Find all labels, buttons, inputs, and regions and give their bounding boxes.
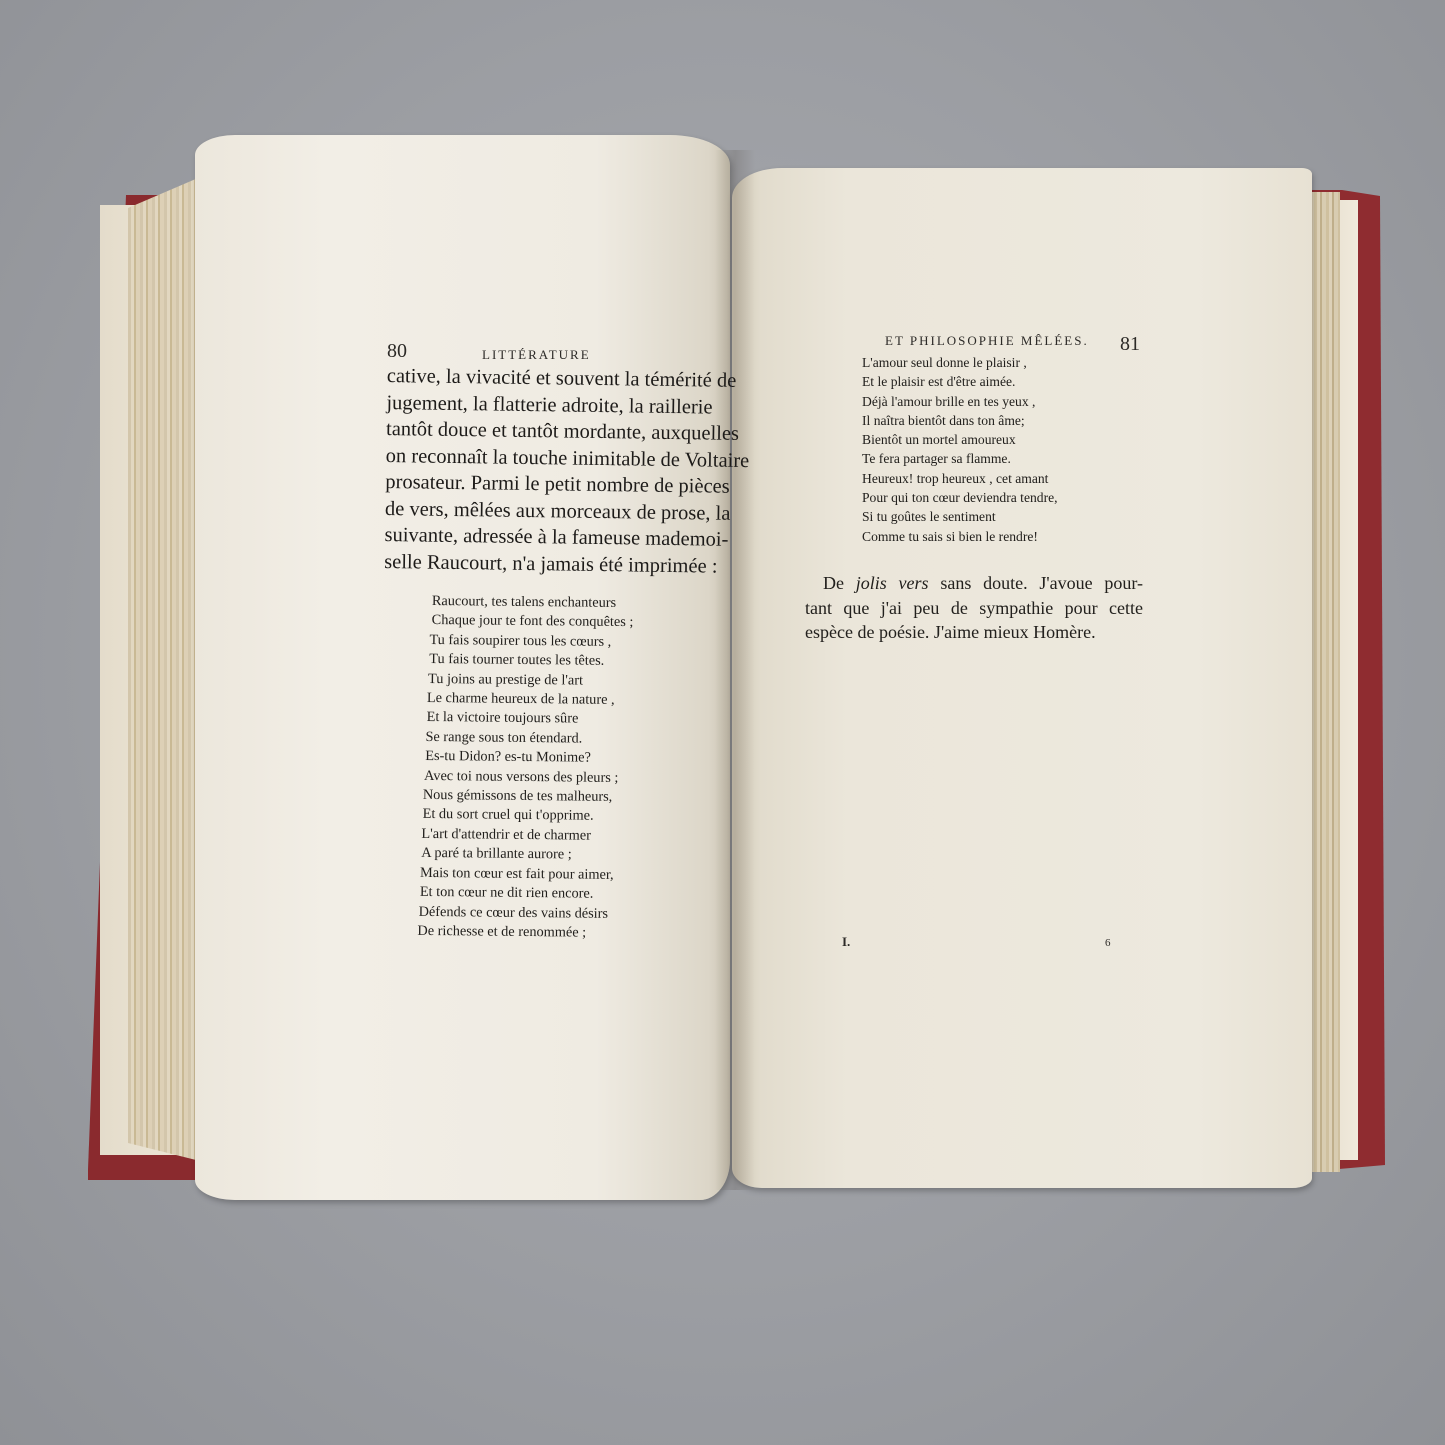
verse-line: Si tu goûtes le sentiment bbox=[862, 507, 1058, 526]
verse-line: Comme tu sais si bien le rendre! bbox=[862, 527, 1058, 546]
verse-line: Es-tu Didon? es-tu Monime? bbox=[425, 747, 632, 769]
left-prose: cative, la vivacité et souvent la téméri… bbox=[384, 363, 705, 579]
verse-line: Mais ton cœur est fait pour aimer, bbox=[420, 864, 631, 886]
prose-line: tant que j'ai peu de sympathie pour cett… bbox=[805, 596, 1143, 621]
verse-line: Avec toi nous versons des pleurs ; bbox=[424, 767, 632, 789]
signature-mark-gathering: 6 bbox=[1105, 937, 1111, 949]
verse-line: Tu fais soupirer tous les cœurs , bbox=[429, 631, 633, 653]
prose-line: espèce de poésie. J'aime mieux Homère. bbox=[805, 620, 1143, 645]
verse-line: Déjà l'amour brille en tes yeux , bbox=[862, 392, 1058, 411]
prose-line: De jolis vers sans doute. J'avoue pour- bbox=[805, 571, 1143, 596]
page-number-left: 80 bbox=[387, 340, 407, 363]
verse-line: L'amour seul donne le plaisir , bbox=[862, 353, 1058, 372]
verse-line: Te fera partager sa flamme. bbox=[862, 449, 1058, 468]
book-gutter bbox=[715, 150, 755, 1190]
verse-line: Il naîtra bientôt dans ton âme; bbox=[862, 411, 1058, 430]
right-prose: De jolis vers sans doute. J'avoue pour- … bbox=[805, 571, 1143, 645]
verse-line: A paré ta brillante aurore ; bbox=[421, 844, 631, 866]
prose-line: prosateur. Parmi le petit nombre de pièc… bbox=[385, 469, 703, 500]
verse-line: De richesse et de renommée ; bbox=[417, 922, 630, 944]
page-number-right: 81 bbox=[1120, 333, 1140, 356]
verse-line: Chaque jour te font des conquêtes ; bbox=[432, 611, 634, 633]
verse-line: Pour qui ton cœur deviendra tendre, bbox=[862, 488, 1058, 507]
running-head-right: ET PHILOSOPHIE MÊLÉES. bbox=[885, 333, 1089, 349]
verse-line: Bientôt un mortel amoureux bbox=[862, 430, 1058, 449]
verse-line: L'art d'attendrir et de charmer bbox=[421, 825, 631, 847]
verse-line: Et du sort cruel qui t'opprime. bbox=[423, 805, 632, 827]
italic-phrase: jolis vers bbox=[856, 573, 929, 593]
verse-line: Heureux! trop heureux , cet amant bbox=[862, 469, 1058, 488]
running-head-left: LITTÉRATURE bbox=[482, 347, 591, 363]
verse-line: Nous gémissons de tes malheurs, bbox=[423, 786, 632, 808]
verse-line: Le charme heureux de la nature , bbox=[427, 689, 633, 711]
verse-line: Défends ce cœur des vains désirs bbox=[419, 902, 631, 924]
prose-line: suivante, adressée à la fameuse mademoi- bbox=[384, 522, 702, 553]
verse-line: Tu fais tourner toutes les têtes. bbox=[429, 650, 633, 672]
prose-line: selle Raucourt, n'a jamais été imprimée … bbox=[384, 548, 702, 579]
verse-line: Tu joins au prestige de l'art bbox=[428, 670, 633, 692]
verse-line: Et la victoire toujours sûre bbox=[427, 708, 633, 730]
verse-line: Se range sous ton étendard. bbox=[425, 728, 632, 750]
right-page bbox=[732, 168, 1312, 1188]
verse-line: Et ton cœur ne dit rien encore. bbox=[420, 883, 631, 905]
verse-line: Et le plaisir est d'être aimée. bbox=[862, 372, 1058, 391]
prose-line: cative, la vivacité et souvent la téméri… bbox=[387, 363, 705, 394]
left-poem: Raucourt, tes talens enchanteurs Chaque … bbox=[428, 592, 633, 943]
signature-mark-volume: I. bbox=[842, 934, 850, 950]
right-poem: L'amour seul donne le plaisir , Et le pl… bbox=[862, 353, 1058, 546]
prose-line: tantôt douce et tantôt mordante, auxquel… bbox=[386, 416, 704, 447]
verse-line: Raucourt, tes talens enchanteurs bbox=[432, 592, 634, 614]
